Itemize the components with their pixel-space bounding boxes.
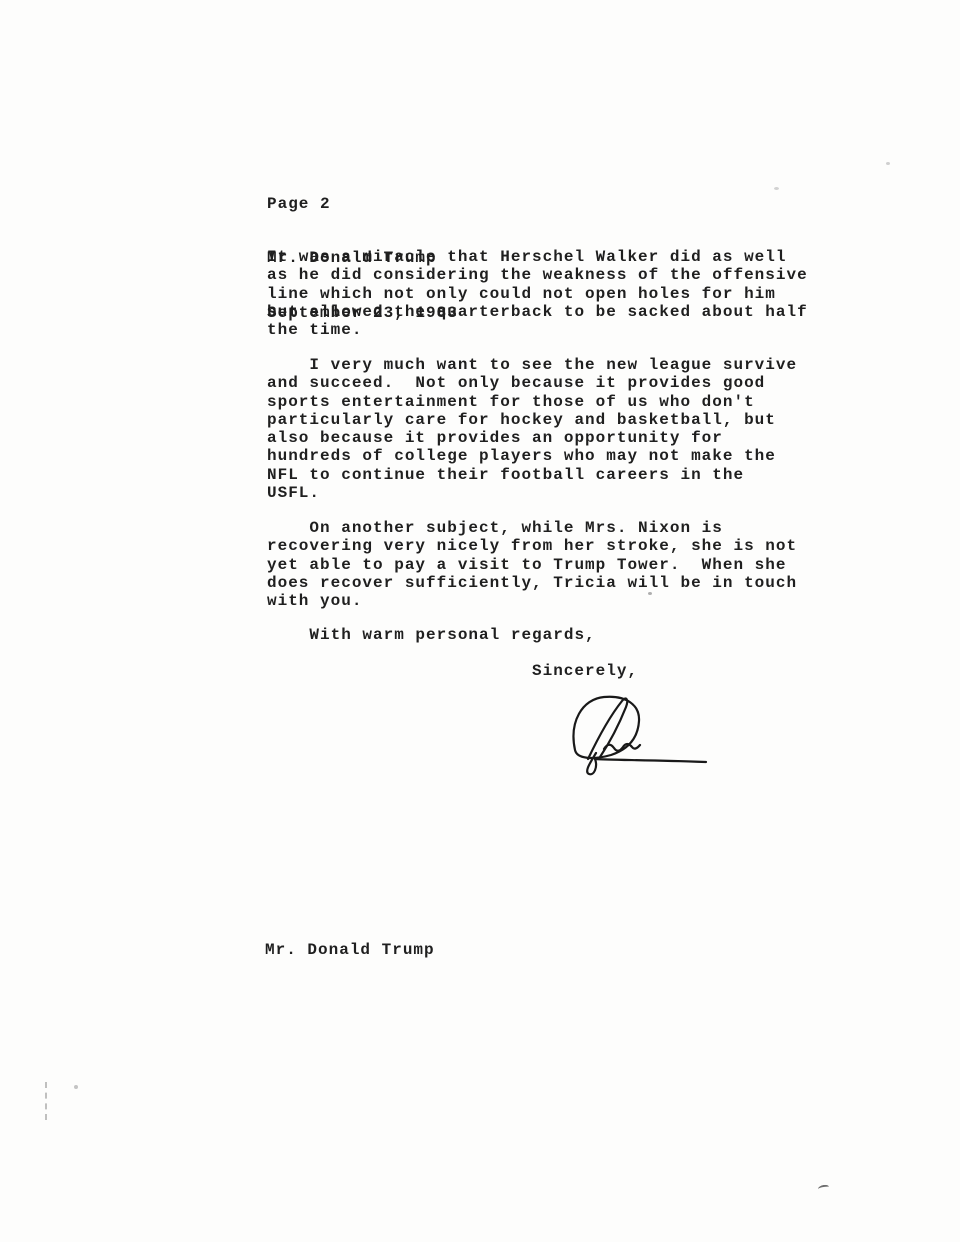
paragraph-herschel-walker: It was a miracle that Herschel Walker di…	[267, 248, 808, 339]
letter-page: Page 2 Mr. Donald Trump September 23, 19…	[0, 0, 960, 1242]
signature-scribble-icon	[558, 686, 718, 778]
typed-name-line: Mr. Donald Trump	[265, 941, 435, 959]
regards-line: With warm personal regards,	[267, 626, 596, 644]
page-number-line: Page 2	[267, 195, 458, 213]
scan-artifact-dot	[886, 162, 890, 165]
signoff-line: Sincerely,	[532, 662, 638, 680]
paragraph-mrs-nixon: On another subject, while Mrs. Nixon is …	[267, 519, 797, 610]
scan-artifact-dashed-line	[45, 1082, 47, 1120]
paragraph-new-league: I very much want to see the new league s…	[267, 356, 797, 502]
scan-artifact-dot	[74, 1085, 78, 1089]
scan-artifact-mark	[818, 1184, 830, 1191]
scan-artifact-dot	[774, 187, 779, 190]
